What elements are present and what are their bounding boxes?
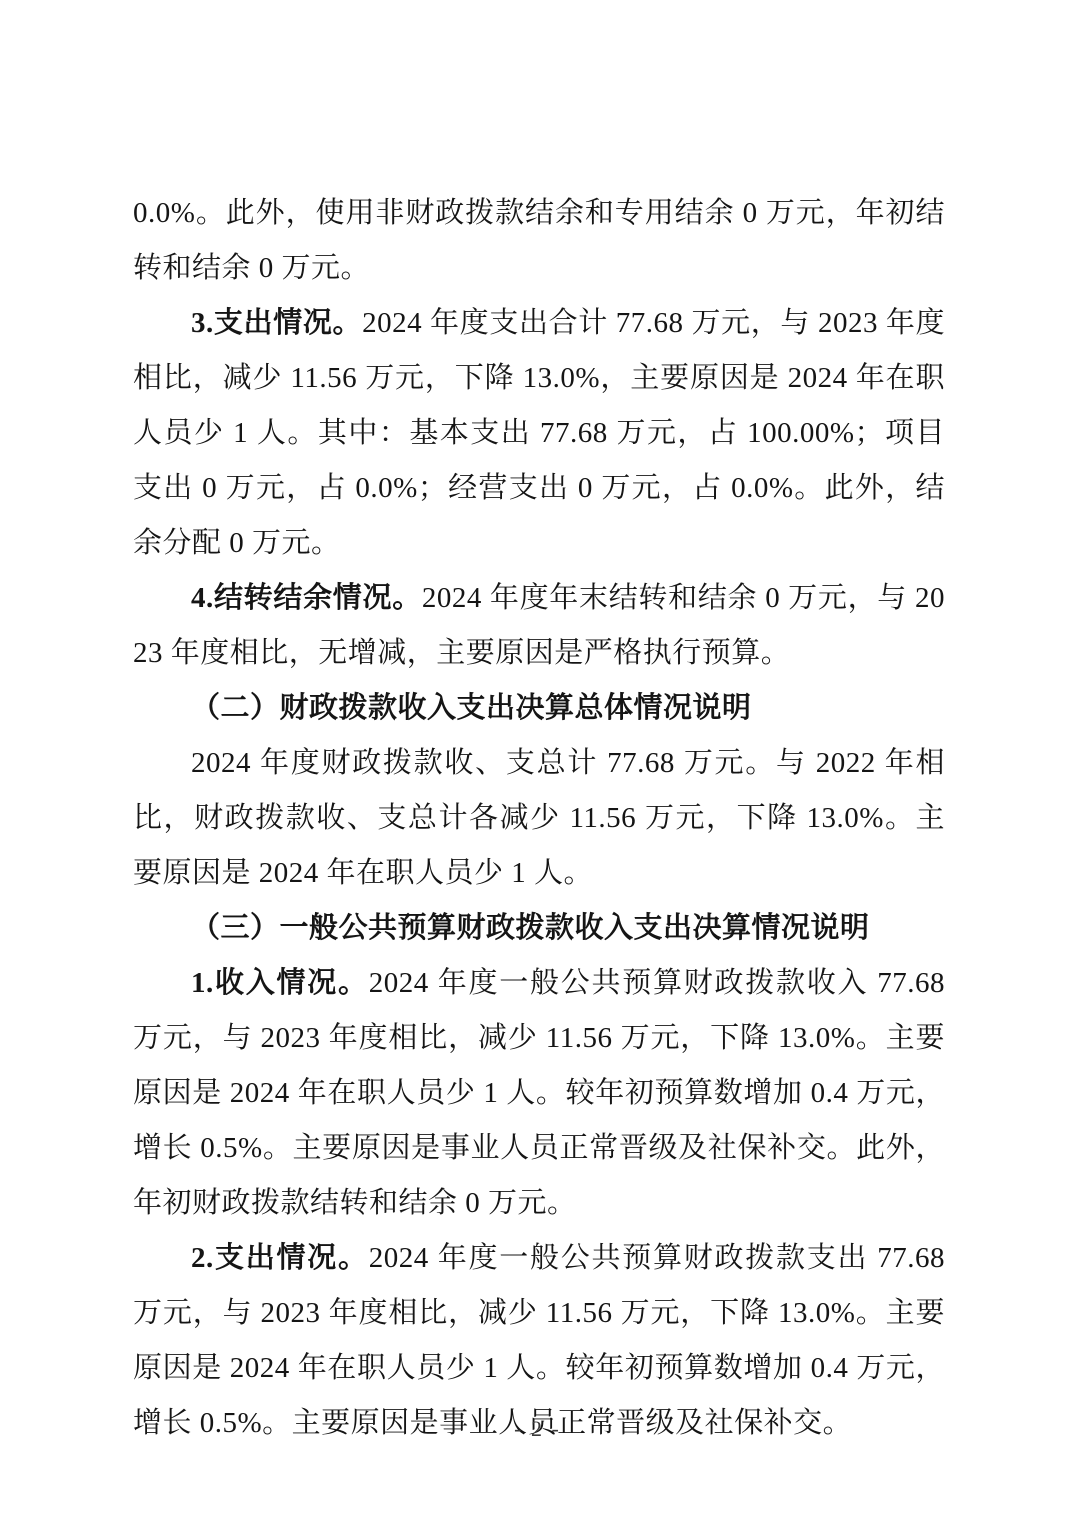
paragraph-text: （三）一般公共预算财政拨款收入支出决算情况说明 [191, 912, 870, 944]
paragraph-text: （二）财政拨款收入支出决算总体情况说明 [191, 692, 752, 724]
paragraph-lead: 3.支出情况。 [191, 307, 362, 339]
paragraph-lead: 1.收入情况。 [191, 967, 369, 999]
paragraph: 0.0%。此外，使用非财政拨款结余和专用结余 0 万元，年初结转和结余 0 万元… [133, 186, 945, 296]
paragraph-text: 2024 年度财政拨款收、支总计 77.68 万元。与 2022 年相比，财政拨… [133, 747, 945, 889]
paragraph-lead: 2.支出情况。 [191, 1242, 369, 1274]
paragraph-text: 2024 年度一般公共预算财政拨款收入 77.68 万元，与 2023 年度相比… [133, 967, 945, 1219]
paragraph: 1.收入情况。2024 年度一般公共预算财政拨款收入 77.68 万元，与 20… [133, 956, 945, 1231]
paragraph-text: 0.0%。此外，使用非财政拨款结余和专用结余 0 万元，年初结转和结余 0 万元… [133, 197, 945, 284]
page-number: - 2 - [0, 1416, 1075, 1442]
paragraph: 4.结转结余情况。2024 年度年末结转和结余 0 万元，与 2023 年度相比… [133, 571, 945, 681]
paragraph-text: 2024 年度支出合计 77.68 万元，与 2023 年度相比，减少 11.5… [133, 307, 945, 559]
paragraph-lead: 4.结转结余情况。 [191, 582, 422, 614]
section-heading: （三）一般公共预算财政拨款收入支出决算情况说明 [133, 901, 945, 956]
document-body: 0.0%。此外，使用非财政拨款结余和专用结余 0 万元，年初结转和结余 0 万元… [133, 186, 945, 1451]
section-heading: （二）财政拨款收入支出决算总体情况说明 [133, 681, 945, 736]
document-page: 0.0%。此外，使用非财政拨款结余和专用结余 0 万元，年初结转和结余 0 万元… [0, 0, 1075, 1520]
paragraph: 2024 年度财政拨款收、支总计 77.68 万元。与 2022 年相比，财政拨… [133, 736, 945, 901]
paragraph: 3.支出情况。2024 年度支出合计 77.68 万元，与 2023 年度相比，… [133, 296, 945, 571]
